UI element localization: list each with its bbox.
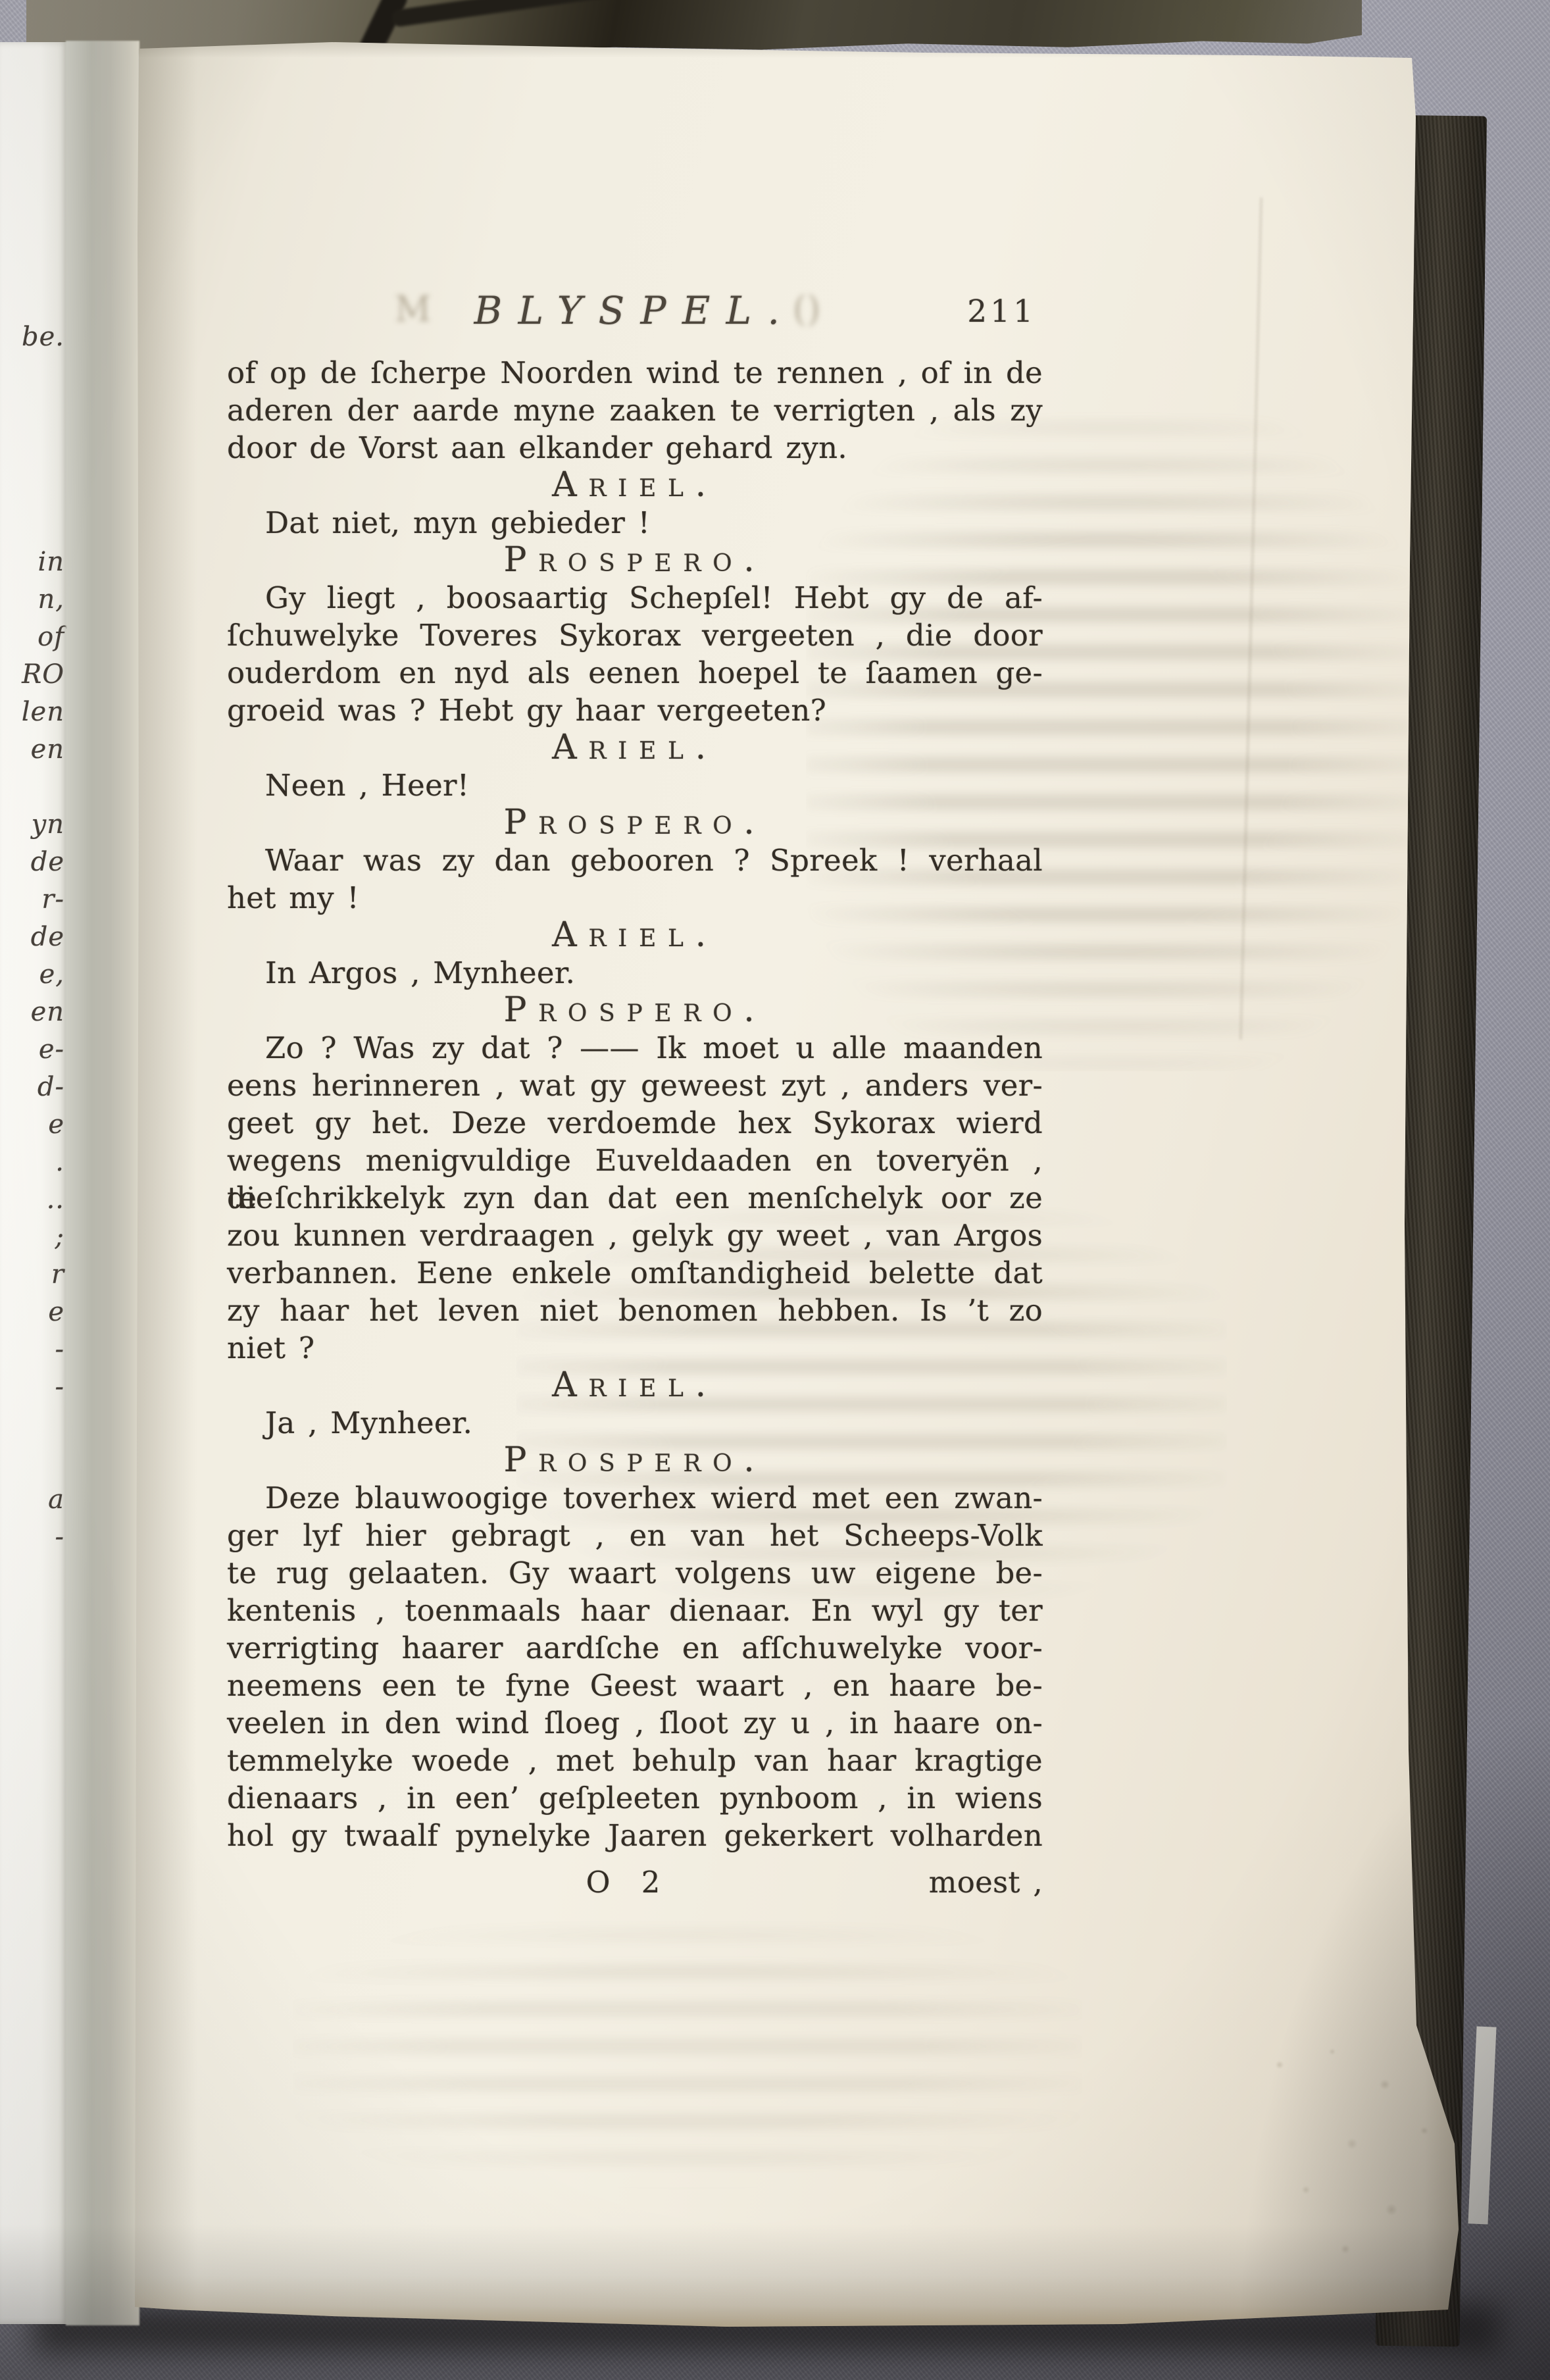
show-through-text bbox=[293, 1913, 1082, 2190]
dialogue-line: het my ! bbox=[227, 879, 1043, 917]
facing-page-text-fragments: be. in n, of RO len en yn de r- de e, en… bbox=[4, 318, 64, 1556]
dialogue-line: dienaars , in een’ geſpleeten pynboom , … bbox=[227, 1779, 1043, 1817]
dialogue-line: temmelyke woede , met behulp van haar kr… bbox=[227, 1742, 1043, 1779]
book-photograph: be. in n, of RO len en yn de r- de e, en… bbox=[0, 0, 1550, 2380]
speaker-heading: Prospero. bbox=[227, 1442, 1043, 1479]
dialogue-line: kentenis , toenmaals haar dienaar. En wy… bbox=[227, 1592, 1043, 1629]
dialogue-text: of op de ſcherpe Noorden wind te rennen … bbox=[227, 354, 1043, 1903]
dialogue-line: ſchuwelyke Toveres Sykorax vergeeten , d… bbox=[227, 617, 1043, 654]
speaker-heading: Prospero. bbox=[227, 542, 1043, 579]
dialogue-line: hol gy twaalf pynelyke Jaaren gekerkert … bbox=[227, 1817, 1043, 1854]
corner-shadow bbox=[1234, 1711, 1550, 2380]
dialogue-line: Waar was zy dan gebooren ? Spreek ! verh… bbox=[227, 842, 1043, 879]
text-block: M BLYSPEL. () 211 of op de ſcherpe Noord… bbox=[227, 288, 1043, 1903]
dialogue-line: Neen , Heer! bbox=[227, 767, 1043, 804]
catchword: moest , bbox=[929, 1863, 1043, 1901]
page-number: 211 bbox=[967, 293, 1036, 330]
show-through-mark: () bbox=[793, 288, 820, 330]
page-footer: O 2 moest , bbox=[227, 1863, 1043, 1903]
speaker-heading: Ariel. bbox=[227, 729, 1043, 767]
dialogue-line: aderen der aarde myne zaaken te verrigte… bbox=[227, 392, 1043, 429]
dialogue-line: zou kunnen verdraagen , gelyk gy weet , … bbox=[227, 1217, 1043, 1254]
dialogue-line: zy haar het leven niet benomen hebben. I… bbox=[227, 1292, 1043, 1329]
dialogue-line: ouderdom en nyd als eenen hoepel te ſaam… bbox=[227, 654, 1043, 692]
dialogue-line: te rug gelaaten. Gy waart volgens uw eig… bbox=[227, 1554, 1043, 1592]
dialogue-line: Deze blauwoogige toverhex wierd met een … bbox=[227, 1479, 1043, 1517]
dialogue-line: wegens menigvuldige Euveldaaden en tover… bbox=[227, 1142, 1043, 1179]
speaker-heading: Ariel. bbox=[227, 917, 1043, 954]
signature-mark: O 2 bbox=[586, 1863, 670, 1901]
dialogue-line: Zo ? Was zy dat ? —— Ik moet u alle maan… bbox=[227, 1029, 1043, 1067]
dialogue-line: of op de ſcherpe Noorden wind te rennen … bbox=[227, 354, 1043, 392]
dialogue-line: ger lyf hier gebragt , en van het Scheep… bbox=[227, 1517, 1043, 1554]
dialogue-line: Ja , Mynheer. bbox=[227, 1404, 1043, 1442]
dialogue-line: niet ? bbox=[227, 1329, 1043, 1367]
speaker-heading: Prospero. bbox=[227, 992, 1043, 1029]
page-gutter-shadow bbox=[66, 41, 139, 2325]
page-header: M BLYSPEL. () 211 bbox=[227, 288, 1043, 354]
speaker-heading: Ariel. bbox=[227, 1367, 1043, 1404]
dialogue-line: verrigting haarer aardſche en afſchuwely… bbox=[227, 1629, 1043, 1667]
dialogue-line: verbannen. Eene enkele omſtandigheid bel… bbox=[227, 1254, 1043, 1292]
dialogue-line: te ſchrikkelyk zyn dan dat een menſchely… bbox=[227, 1179, 1043, 1217]
speaker-heading: Ariel. bbox=[227, 467, 1043, 504]
dialogue-line: In Argos , Mynheer. bbox=[227, 954, 1043, 992]
dialogue-line: veelen in den wind ſloeg , ſloot zy u , … bbox=[227, 1704, 1043, 1742]
dialogue-line: neemens een te fyne Geest waart , en haa… bbox=[227, 1667, 1043, 1704]
dialogue-line: Dat niet, myn gebieder ! bbox=[227, 504, 1043, 542]
speaker-heading: Prospero. bbox=[227, 804, 1043, 842]
running-header: BLYSPEL. bbox=[474, 288, 796, 333]
dialogue-line: eens herinneren , wat gy geweest zyt , a… bbox=[227, 1067, 1043, 1104]
dialogue-line: geet gy het. Deze verdoemde hex Sykorax … bbox=[227, 1104, 1043, 1142]
facing-page-edge: be. in n, of RO len en yn de r- de e, en… bbox=[0, 42, 68, 2324]
dialogue-line: Gy liegt , boosaartig Schepſel! Hebt gy … bbox=[227, 579, 1043, 617]
dialogue-line: groeid was ? Hebt gy haar vergeeten? bbox=[227, 692, 1043, 729]
show-through-mark: M bbox=[395, 288, 431, 330]
dialogue-line: door de Vorst aan elkander gehard zyn. bbox=[227, 429, 1043, 467]
